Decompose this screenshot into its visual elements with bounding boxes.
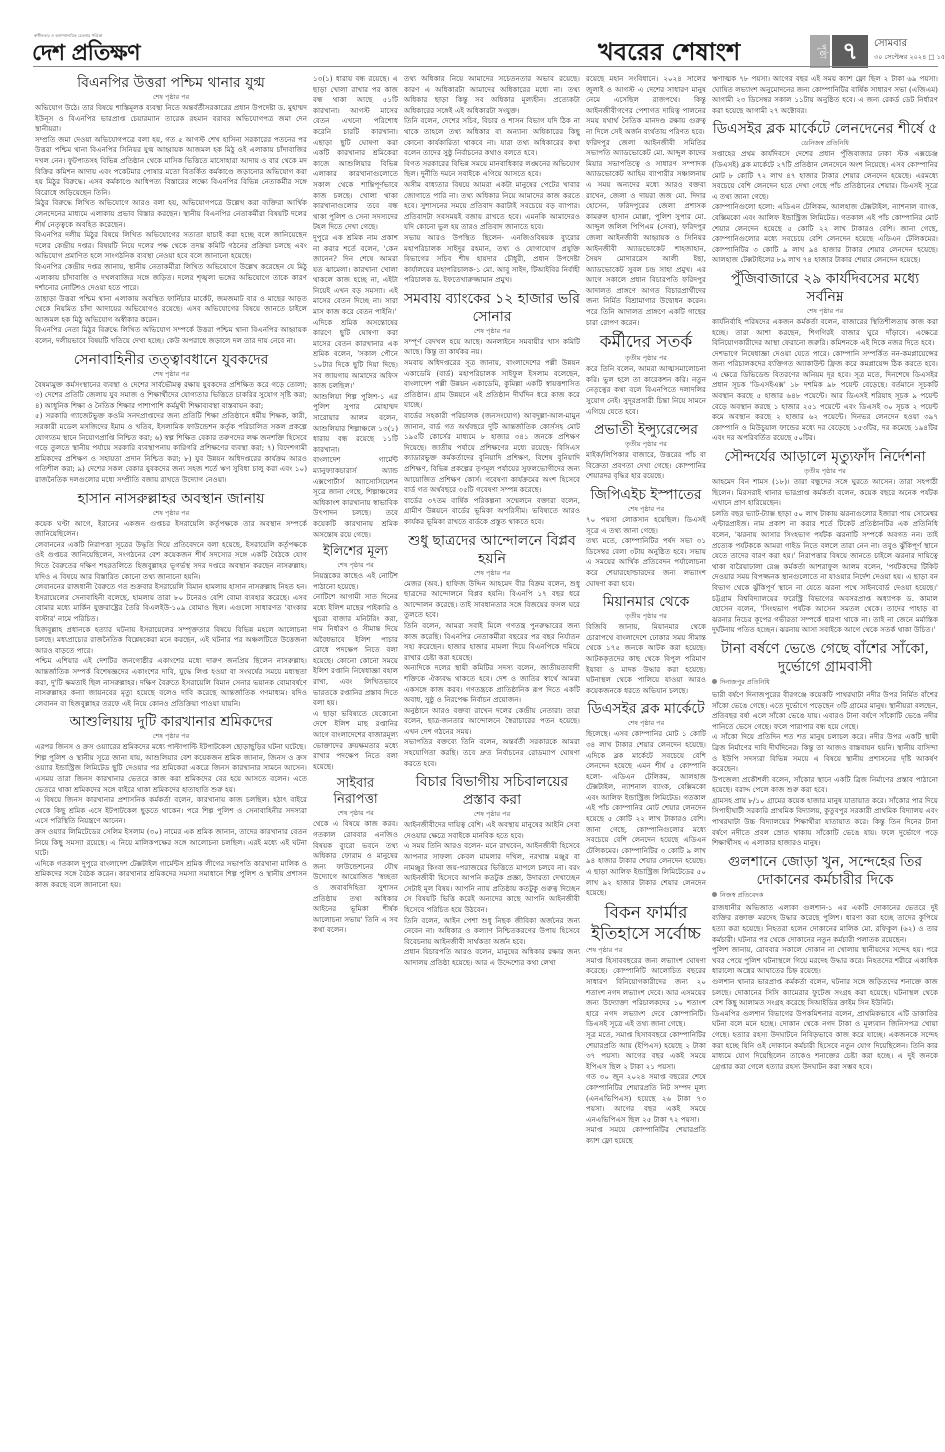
paragraph: দুপুরে এক শ্রমিক নাম প্রকাশ না করার শর্ত… [313, 233, 398, 318]
article-info-rights: তথ্য অধিকার নিয়ে আমাদের সচেতনতার অভাব র… [404, 74, 580, 286]
section-title: খবরের শেষাংশ [598, 34, 740, 74]
column-1: বিএনপির উত্তরা পশ্চিম থানার যুগ্ম শেষ পৃ… [35, 74, 307, 1434]
paragraph: করে তিনি বলেন, আমরা আত্মসমালোচনা করি। ভু… [586, 364, 706, 417]
paragraph: সম্পূর্ণ বেদখল হয়ে আছে। অনলাইনে সমবায়ী… [404, 337, 580, 358]
day-label: সোমবার [874, 36, 907, 53]
paragraph: তিনি বলেন, আইন পেশা শুধু নিছক জীবিকা অর্… [404, 916, 580, 948]
paragraph: ১৩(১) ধারায় বন্ধ রয়েছে। এ ছাড়া খোলা র… [313, 74, 398, 233]
headline[interactable]: পুঁজিবাজারে ২৯ কার্যদিবসের মধ্যে সর্বনিম… [712, 270, 938, 306]
paragraph: এ বিষয়ে জিনস কারখানার প্রশাসনিক কর্মকর্… [35, 795, 307, 827]
paragraph: বিএনপির কেন্দ্রীয় দপ্তর জানায়, স্থানীয… [35, 262, 307, 294]
paragraph: শিল্প পুলিশ ও স্থানীয় সূত্রে জানা যায়,… [35, 753, 307, 795]
headline[interactable]: আশুলিয়ায় দুটি কারখানার শ্রমিকদের [35, 713, 307, 731]
paragraph: বৈষম্যমুক্ত কর্মসংস্থানের ব্যবস্থা ও দেশ… [35, 380, 307, 412]
continuation-note: শেষ পৃষ্ঠার পর [313, 809, 398, 818]
paragraph: সম্প্রতি জমা দেওয়া অভিযোগপত্রে বলা হয়,… [35, 135, 307, 199]
paragraph: হিজবুল্লাহ প্রধানকে হত্যার ঘটনায় ইসরায়… [35, 625, 307, 657]
paragraph: সভায় আরও উপস্থিত ছিলেন- এনজিওবিষয়ক ব্য… [404, 233, 580, 286]
continuation-note: শেষ পৃষ্ঠার পর [404, 569, 580, 578]
paragraph: ভারী বর্ষণে দিনাজপুরের বীরগঞ্জে কয়েকটি … [712, 690, 938, 732]
continuation-note: তৃতীয় পৃষ্ঠার পর [586, 354, 706, 363]
article-bikon: বিকন ফার্মার ইতিহাসে সর্বোচ্চ শেষ পৃষ্ঠা… [586, 903, 706, 1147]
page-number: ৭ [832, 35, 868, 68]
paragraph: কার্যনির্বাহি পরিষদের একজন কর্মকর্তা বলে… [712, 317, 938, 349]
paragraph: চলতি বছর ভ্যাট-ট্যাক্স ছাড়া ৫০ লাখ টাকা… [712, 509, 938, 636]
masthead-divider [33, 66, 938, 67]
paragraph: বিএনপির নেতা মিঠুর বিরুদ্ধে লিখিত অভিযোগ… [35, 325, 307, 346]
headline[interactable]: হাসান নাসরুল্লাহর অবস্থান জানায় [35, 490, 307, 508]
continuation-note: শেষ পৃষ্ঠার পর [712, 307, 938, 316]
article-beauty-deathtrap: সৌন্দর্যের আড়ালে মৃত্যুফাঁদ নির্দেশনা ত… [712, 448, 938, 636]
article-factory-continued: ১৩(১) ধারায় বন্ধ রয়েছে। এ ছাড়া খোলা র… [313, 74, 398, 540]
paragraph: থেকে এ বিষয়ে কাজ করব। গতকাল রোববার এনজি… [313, 819, 398, 936]
paragraph: আশুলিয়া শিল্প পুলিশ-১ এর পুলিশ সুপার মো… [313, 392, 398, 456]
paragraph: লেবাননের একটি নিরাপত্তা সূত্রের উদ্ধৃতি … [35, 540, 307, 582]
continuation-note: শেষ পৃষ্ঠার পর [35, 93, 307, 102]
article-dse-top5: ডিএসইর ব্লক মার্কেটে লেনদেনের শীর্ষে ৫ ড… [712, 120, 938, 266]
headline[interactable]: প্রভাতী ইন্স্যুরেন্সের [586, 421, 706, 439]
paragraph: তথ্য অধিকার নিয়ে আমাদের সচেতনতার অভাব র… [404, 74, 580, 116]
continuation-note: শেষ পৃষ্ঠার পর [35, 732, 307, 741]
article-student: শুধু ছাত্রদের আন্দোলনে বিপ্লব হয়নি শেষ … [404, 532, 580, 770]
paragraph: ঋণাত্মক ৭৮ পয়সা। আগের বছর এই সময় ক্যাশ… [712, 74, 938, 116]
headline[interactable]: বিকন ফার্মার ইতিহাসে সর্বোচ্চ [586, 903, 706, 945]
paragraph: ৫) সরকারি গ্যাজেটভুক্ত কওমি সনদপ্রাপ্তদে… [35, 411, 307, 485]
column-2: ১৩(১) ধারায় বন্ধ রয়েছে। এ ছাড়া খোলা র… [313, 74, 398, 1434]
paragraph: এ ছাড়া ভবিষ্যতে যেকোনো দেশে ইলিশ মাছ রপ… [313, 709, 398, 773]
headline[interactable]: গুলশানে জোড়া খুন, সন্দেহের তির দোকানের … [712, 853, 938, 889]
paragraph: ৭০ পয়সা লোকসান হয়েছিল। ডিএসই সূত্রে এ … [586, 515, 706, 536]
paragraph: ক্রস ওয়্যার লিমিটেডের সেলিম ইসলাম (৩০) … [35, 827, 307, 859]
paragraph: অনুষ্ঠানে আরও বক্তব্য রাখেন দলের কেন্দ্র… [404, 706, 580, 738]
article-provati: প্রভাতী ইন্স্যুরেন্সের তৃতীয় পৃষ্ঠার পর… [586, 421, 706, 482]
paragraph: দেশভাগে নিষেধাজ্ঞা দেওয়া যেতে পারে। কোম… [712, 349, 938, 444]
continuation-note: শেষ পৃষ্ঠার পর [586, 719, 706, 728]
continuation-note: শেষ পৃষ্ঠার পর [404, 810, 580, 819]
paragraph: গ্রামসহ প্রায় ৮/১০ গ্রামের কয়েক হাজার … [712, 796, 938, 849]
continuation-note: তৃতীয় পৃষ্ঠার পর [586, 612, 706, 621]
paragraph: বিগত সরকারের বিভিন্ন সময়ে মানবাধিকার লঙ… [404, 159, 580, 180]
continuation-note: তৃতীয় পৃষ্ঠার পর [586, 440, 706, 449]
page-label: পৃষ্ঠা [810, 35, 830, 68]
article-cyber: সাইবার নিরাপত্তা শেষ পৃষ্ঠার পর থেকে এ ব… [313, 776, 398, 936]
paragraph: ডিএমপির গুলশান বিভাগের উপকমিশনার বলেন, প… [712, 1009, 938, 1073]
paragraph: অসীম বাধ্যতার বিষয়ে আমরা একটা মানুষের প… [404, 180, 580, 233]
headline[interactable]: শুধু ছাত্রদের আন্দোলনে বিপ্লব হয়নি [404, 532, 580, 568]
masthead: স্বাধীনতার ও অসাম্প্রদায়িক চেতনার পত্রি… [30, 32, 935, 68]
continuation-note: তৃতীয় পৃষ্ঠার পর [712, 467, 938, 476]
paragraph: আহমেদ বিন শামস (১৮)। তারা বন্ধুদের সঙ্গে… [712, 477, 938, 509]
paragraph: বার্ডের সহকারী পরিচালক (জনসংযোগ) আবদুল্ল… [404, 411, 580, 496]
headline[interactable]: মিয়ানমার থেকে [586, 593, 706, 611]
byline-text: দিনাজপুর প্রতিনিধি [720, 678, 770, 686]
article-ilish: ইলিশের মূল্য শেষ পৃষ্ঠার পর নিয়ন্ত্রকের… [313, 544, 398, 772]
byline-text: নিজস্ব প্রতিবেদক [720, 891, 763, 899]
paragraph: তাছাড়া উত্তরা পশ্চিম থানা এলাকায় অবস্থ… [35, 294, 307, 326]
paragraph: ফরিদপুর জেলা আইনজীবী সমিতির সভাপতি অ্যাড… [586, 138, 706, 329]
headline[interactable]: ইলিশের মূল্য [313, 544, 398, 560]
article-gph: জিপিএইচ ইস্পাতের শেষ পৃষ্ঠার পর ৭০ পয়সা… [586, 486, 706, 589]
continuation-note: শেষ পৃষ্ঠার পর [586, 946, 706, 955]
paragraph: তিনি বলেন, আমরা সবাই মিলে গণতন্ত্র পুনরু… [404, 621, 580, 663]
headline[interactable]: সেনাবাহিনীর তত্ত্বাবধানে যুবকদের [35, 351, 307, 369]
paragraph: বাংলাদেশ গার্মেন্ট ম্যানুফ্যাকচারার্স অ্… [313, 455, 398, 540]
brand-logo: দেশ প্রতিক্ষণ [32, 36, 140, 73]
headline[interactable]: কর্মীদের সতর্ক [586, 332, 706, 353]
paragraph: রাজধানীর অভিজাত এলাকা গুলশান-১ এর একটি দ… [712, 903, 938, 945]
paragraph: মেজর (অব.) হাফিজ উদ্দিন আহমেদ বীর বিক্রম… [404, 579, 580, 621]
continuation-note: শেষ পৃষ্ঠার পর [404, 327, 580, 336]
paragraph: অভিযোগ উঠে। তার বিষয়ে শাস্তিমূলক ব্যবস্… [35, 103, 307, 135]
paragraph: মাইক/লিপিকার বাজারে, উত্তরের পাঁচ বা বিক… [586, 450, 706, 482]
date-label: ৩০ সেপ্টেম্বর ২০২৪ □ ১৫ আশ্বিন ১৪৩১ [874, 52, 945, 63]
paragraph: তিনি বলেন, দেশের সচিব, বিচার ও শাসন বিভা… [404, 116, 580, 158]
paragraph: রয়েছে মহান সংবিধানে। ২০২৪ সালের জুলাই ও… [586, 74, 706, 138]
paragraph: এদিকে শ্রমিক অসন্তোষের কারণে ছুটি ঘোষণা … [313, 318, 398, 392]
article-faridpur: রয়েছে মহান সংবিধানে। ২০২৪ সালের জুলাই ও… [586, 74, 706, 328]
paragraph: বিএনপির দলীয় মিঠুর বিষয়ে লিখিত অভিযোগে… [35, 230, 307, 262]
paragraph: মিঠুর বিরুদ্ধে লিখিত অভিযোগে আরও বলা হয়… [35, 198, 307, 230]
paragraph: পশ্চিম এশিয়ার এই দেশটির জনগোষ্ঠীর একাংশ… [35, 656, 307, 709]
newspaper-page: স্বাধীনতার ও অসাম্প্রদায়িক চেতনার পত্রি… [0, 0, 945, 1452]
paragraph: লেবাননের রাজধানী বৈরুতে গত শুক্রবার ইসরা… [35, 582, 307, 624]
article-dse-top: ঋণাত্মক ৭৮ পয়সা। আগের বছর এই সময় ক্যাশ… [712, 74, 938, 116]
paragraph: পুলিশ জানায়, রোববার সকালে দোকান না খোলা… [712, 945, 938, 977]
byline: নিজস্ব প্রতিবেদক [712, 891, 938, 900]
paragraph: কোম্পানিগুলো হলো: এডিএন টেলিকম, আলহাজ টে… [712, 202, 938, 266]
bullet-icon [712, 679, 717, 684]
paragraph: তথ্য মতে, কোম্পানিটির পর্ষদ সভা ৩১ ডিসেম… [586, 536, 706, 589]
article-myanmar: মিয়ানমার থেকে তৃতীয় পৃষ্ঠার পর বিজিবি … [586, 593, 706, 696]
paragraph: নিয়ন্ত্রকের কাছেও এই নোটিশ পাঠানো হয়েছ… [313, 571, 398, 592]
headline[interactable]: সৌন্দর্যের আড়ালে মৃত্যুফাঁদ নির্দেশনা [712, 448, 938, 466]
article-karmi: কর্মীদের সতর্ক তৃতীয় পৃষ্ঠার পর করে তিন… [586, 332, 706, 417]
paragraph: আইনজীবীদের দায়িত্ব বেশি। এই অবস্থায় মা… [404, 820, 580, 841]
article-justice: বিচার বিভাগীয় সচিবালয়ের প্রস্তাব করা শ… [404, 773, 580, 968]
continuation-note: শেষ পৃষ্ঠার পর [586, 505, 706, 514]
paragraph: নোটিশে আগামী সাত দিনের মধ্যে ইলিশ মাছের … [313, 592, 398, 709]
article-ashulia: আশুলিয়ায় দুটি কারখানার শ্রমিকদের শেষ প… [35, 713, 307, 890]
bullet-icon [712, 892, 717, 897]
paragraph: ছিলেছে। এসব কোম্পানির মোট ১ কোটি ৩৪ লাখ … [586, 729, 706, 899]
paragraph: সভাপতির বক্তব্যে তিনি বলেন, অন্তর্বর্তী … [404, 737, 580, 769]
headline[interactable]: ডিএসইর ব্লক মার্কেটে [586, 700, 706, 718]
byline: ডেনিজস্ব প্রতিনিধি [712, 139, 938, 148]
paragraph: উপজেলা প্রকৌশলী বলেন, সাঁকোর স্থানে একটি… [712, 775, 938, 796]
column-3: তথ্য অধিকার নিয়ে আমাদের সচেতনতার অভাব র… [404, 74, 580, 1434]
article-bnp: বিএনপির উত্তরা পশ্চিম থানার যুগ্ম শেষ পৃ… [35, 74, 307, 347]
paragraph: এ সাঁকো দিয়ে প্রতিদিন শত শত মানুষ চলাচল… [712, 732, 938, 774]
article-gold: সমবায় ব্যাংকের ১২ হাজার ভরি সোনার শেষ প… [404, 290, 580, 528]
continuation-note: শেষ পৃষ্ঠার পর [313, 561, 398, 570]
article-dse-block: ডিএসইর ব্লক মার্কেটে শেষ পৃষ্ঠার পর ছিলে… [586, 700, 706, 899]
paragraph: সূত্র মতে, সমাপ্ত হিসাববছরে কোম্পানিটির … [586, 1030, 706, 1072]
paragraph: এদিকে গতকাল দুপুরে বাংলাদেশ টেক্সটাইল গা… [35, 859, 307, 891]
headline[interactable]: সমবায় ব্যাংকের ১২ হাজার ভরি সোনার [404, 290, 580, 326]
headline[interactable]: সাইবার নিরাপত্তা [313, 776, 398, 808]
headline[interactable]: ডিএসইর ব্লক মার্কেটে লেনদেনের শীর্ষে ৫ [712, 120, 938, 138]
paragraph: বিজিবি জানায়, মিয়ানমার থেকে চোরাপথে বা… [586, 622, 706, 696]
article-army: সেনাবাহিনীর তত্ত্বাবধানে যুবকদের শেষ পৃষ… [35, 351, 307, 486]
article-capital-market: পুঁজিবাজারে ২৯ কার্যদিবসের মধ্যে সর্বনিম… [712, 270, 938, 444]
article-gulshan: গুলশানে জোড়া খুন, সন্দেহের তির দোকানের … [712, 853, 938, 1073]
column-4: রয়েছে মহান সংবিধানে। ২০২৪ সালের জুলাই ও… [586, 74, 706, 1434]
paragraph: এ সময় তিনি আরও বলেন- মনে রাখবেন, আইনজীব… [404, 841, 580, 915]
paragraph: গত ৩০ জুন ২০২৪ সমাপ্ত বছরের শেষে কোম্পান… [586, 1072, 706, 1125]
paragraph: প্রধান বিচারপতি আরও বলেন, মানুষের অধিকার… [404, 947, 580, 968]
paragraph: সমাপ্ত সময়ে কোম্পানিটির শেয়ারপ্রতি ক্য… [586, 1125, 706, 1146]
byline: দিনাজপুর প্রতিনিধি [712, 678, 938, 687]
headline[interactable]: জিপিএইচ ইস্পাতের [586, 486, 706, 504]
article-hasan: হাসান নাসরুল্লাহর অবস্থান জানায় শেষ পৃষ… [35, 490, 307, 710]
continuation-note: শেষ পৃষ্ঠার পর [35, 370, 307, 379]
paragraph: এরপর জিনস ও ক্রস ওয়্যারের শ্রমিকদের মধ্… [35, 742, 307, 753]
headline[interactable]: বিচার বিভাগীয় সচিবালয়ের প্রস্তাব করা [404, 773, 580, 809]
article-bamboo-bridge: টানা বর্ষণে ভেঙে গেছে বাঁশের সাঁকো, দুর্… [712, 640, 938, 849]
paragraph: সপ্তাহের প্রথম কার্যদিবসে দেশের প্রধান প… [712, 149, 938, 202]
continuation-note: শেষ পৃষ্ঠার পর [35, 509, 307, 518]
paragraph: সমবায় অধিদপ্তরের সূত্র জানায়, বাংলাদেশ… [404, 358, 580, 411]
column-5: ঋণাত্মক ৭৮ পয়সা। আগের বছর এই সময় ক্যাশ… [712, 74, 938, 1434]
headline[interactable]: বিএনপির উত্তরা পশ্চিম থানার যুগ্ম [35, 74, 307, 92]
paragraph: বার্ডের ৩৭তম বার্ষিক পরিকল্পনা সম্মেলনে … [404, 496, 580, 528]
paragraph: সমাপ্ত হিসাববছরের জন্য লভ্যাংশ ঘোষণা করে… [586, 956, 706, 1030]
headline[interactable]: টানা বর্ষণে ভেঙে গেছে বাঁশের সাঁকো, দুর্… [712, 640, 938, 676]
paragraph: গুলশান থানার ভারপ্রাপ্ত কর্মকর্তা বলেন, … [712, 977, 938, 1009]
paragraph: কয়েক ঘণ্টা আগে, ইরানের একজন গুপ্তচর ইসর… [35, 519, 307, 540]
paragraph: অন্যদিকে দলের স্থায়ী কমিটির সদস্য বলেন,… [404, 663, 580, 705]
